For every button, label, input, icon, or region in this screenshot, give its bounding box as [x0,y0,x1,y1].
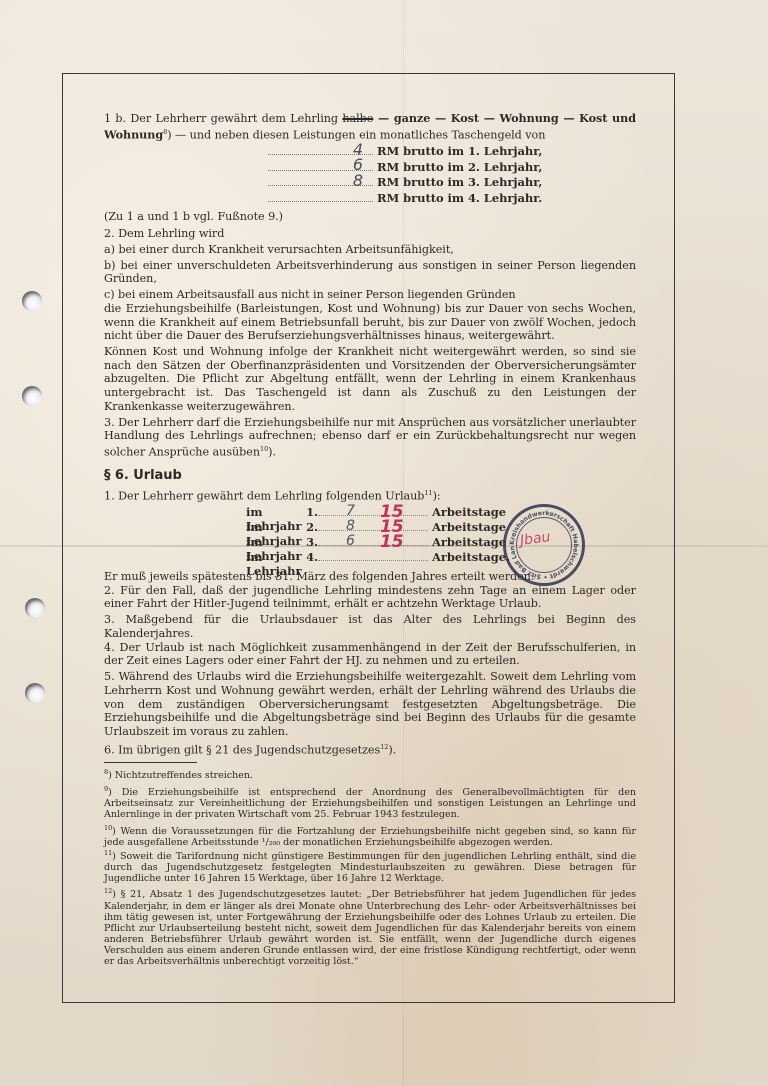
allowance-row: 4 RM brutto im 1. Lehrjahr, [268,144,636,160]
punch-hole-icon [22,291,42,311]
handwritten-crossed-value: 7 [346,505,355,519]
fill-in-line[interactable]: 715 [318,506,428,516]
handwritten-amount: 8 [353,174,363,188]
fill-in-line[interactable]: 4 [268,144,373,155]
punch-hole-icon [22,386,42,406]
section-2-a: a) bei einer durch Krankheit verursachte… [104,243,636,257]
allowance-row: RM brutto im 4. Lehrjahr. [268,191,636,207]
section-2-intro: 2. Dem Lehrling wird [104,227,636,241]
section-6-p5: 5. Während des Urlaubs wird die Erziehun… [104,670,636,738]
footnotes: 8) Nichtzutreffendes streichen. 9) Die E… [104,767,636,966]
footnote-divider [104,762,197,763]
footnote-reference-note: (Zu 1 a und 1 b vgl. Fußnote 9.) [104,210,636,224]
section-6-p2: 2. Für den Fall, daß der jugendliche Leh… [104,584,636,611]
official-stamp: Kreishandwerkerschaft Habelschwerdt • Si… [503,504,585,586]
fill-in-line[interactable]: 6 [268,160,373,171]
fill-in-line[interactable]: 815 [318,521,428,531]
punch-hole-icon [25,598,45,618]
handwritten-crossed-value: 8 [346,520,355,534]
section-3-text: 3. Der Lehrherr darf die Erziehungsbeihi… [104,416,636,460]
section-6-heading: § 6. Urlaub [104,469,636,483]
fill-in-line[interactable]: 8 [268,175,373,186]
footnote-9: 9) Die Erziehungsbeihilfe ist entspreche… [104,784,636,820]
section-6-p3: 3. Maßgebend für die Urlaubsdauer ist da… [104,613,636,640]
footnote-8: 8) Nichtzutreffendes streichen. [104,767,636,781]
section-2-c: c) bei einem Arbeitsausfall aus nicht in… [104,288,636,302]
fill-in-line[interactable] [268,191,373,202]
handwritten-red-value: 15 [380,536,404,550]
footnote-11: 11) Soweit die Tarifordnung nicht günsti… [104,848,636,884]
section-6-p6: 6. Im übrigen gilt § 21 des Jugendschutz… [104,741,636,757]
punch-hole-icon [25,683,45,703]
section-1b-text: 1 b. Der Lehrherr gewährt dem Lehrling h… [104,112,636,142]
fill-in-line[interactable]: 615 [318,536,428,546]
allowance-row: 8 RM brutto im 3. Lehrjahr, [268,175,636,191]
section-6-p4: 4. Der Urlaub ist nach Möglichkeit zusam… [104,641,636,668]
allowance-table: 4 RM brutto im 1. Lehrjahr, 6 RM brutto … [104,144,636,206]
section-2-c-continuation: die Erziehungsbeihilfe (Barleistungen, K… [104,302,636,343]
footnote-10: 10) Wenn die Voraussetzungen für die For… [104,823,636,848]
fill-in-line[interactable] [318,551,428,561]
section-6-intro: 1. Der Lehrherr gewährt dem Lehrling fol… [104,487,636,503]
section-2-paragraph: Können Kost und Wohnung infolge der Kran… [104,345,636,413]
struck-word: halbe [342,112,373,125]
allowance-row: 6 RM brutto im 2. Lehrjahr, [268,160,636,176]
handwritten-crossed-value: 6 [346,535,355,549]
handwritten-amount: 6 [353,158,363,172]
section-2-b: b) bei einer unverschuldeten Arbeitsverh… [104,259,636,286]
footnote-12: 12) § 21, Absatz 1 des Jugendschutzgeset… [104,886,636,966]
